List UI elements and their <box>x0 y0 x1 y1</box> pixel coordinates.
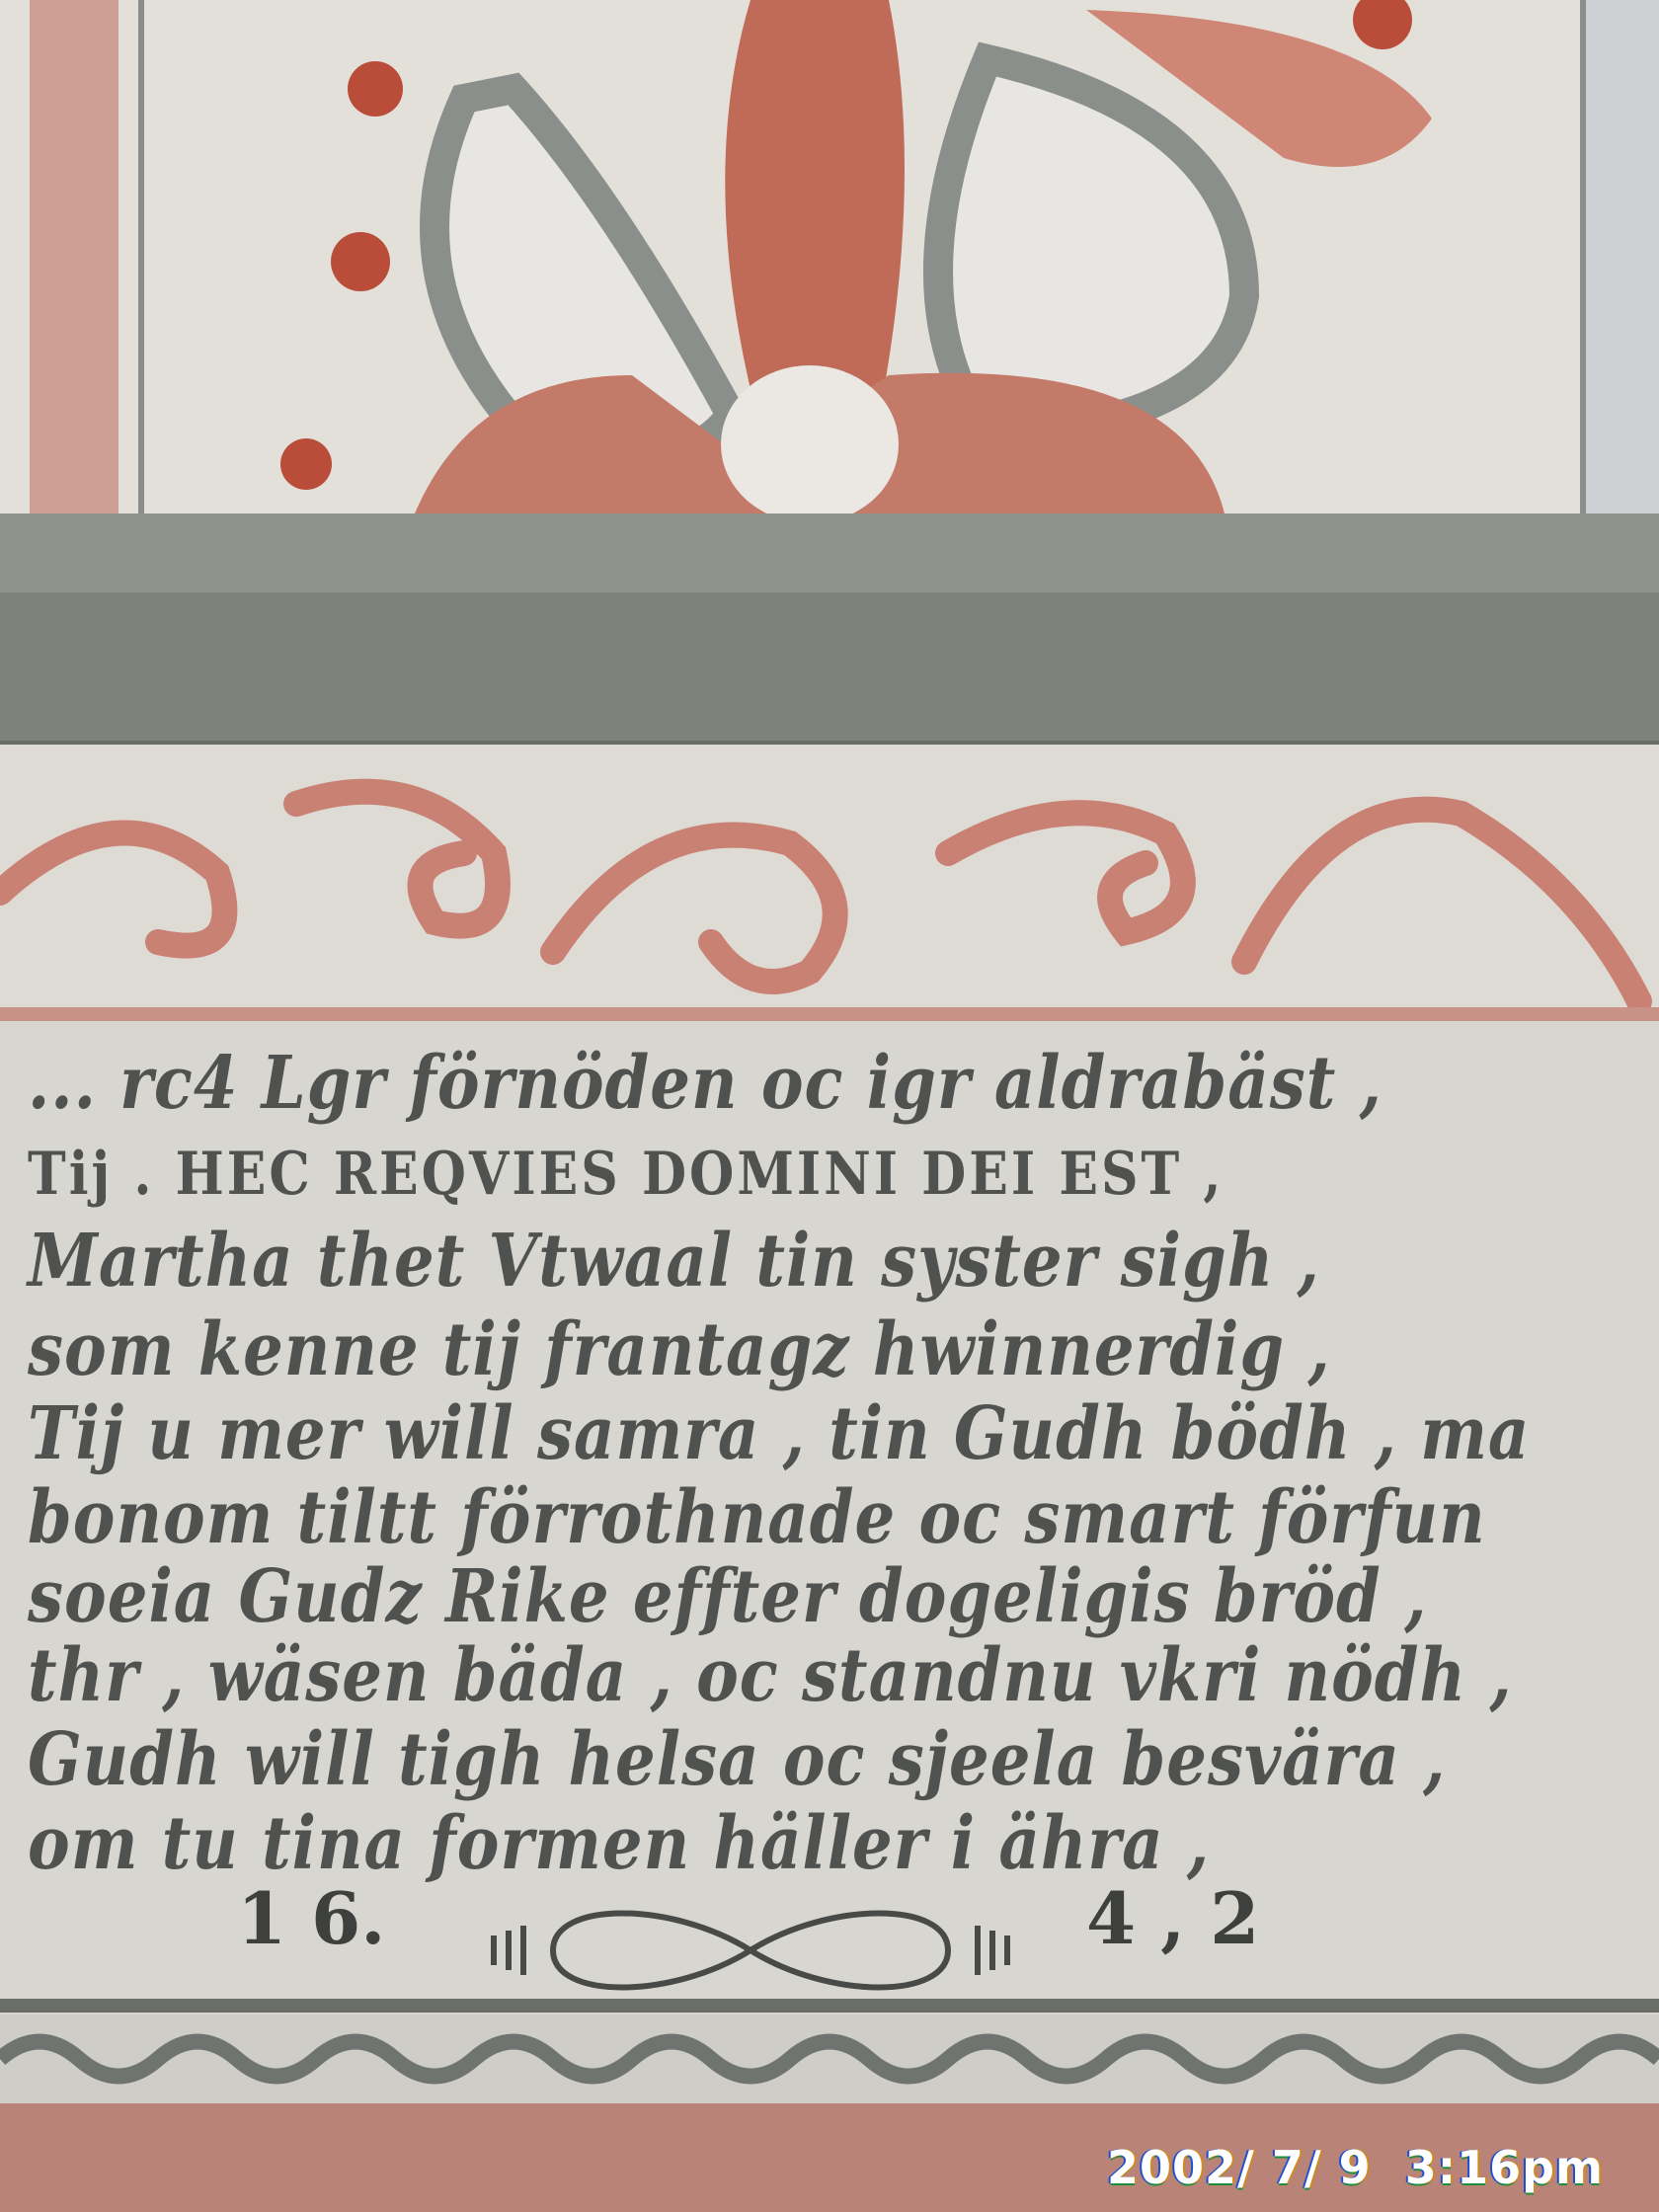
inscription-line-8: thr , wäsen bäda , oc standnu vkri nödh … <box>28 1633 1513 1718</box>
inscription-line-5: Tij u mer will samra , tin Gudh bödh , m… <box>28 1391 1530 1476</box>
dark-rule <box>0 1999 1659 2013</box>
scroll-frieze <box>0 745 1659 1021</box>
inscription-line-9: Gudh will tigh helsa oc sjeela besvära , <box>28 1717 1446 1802</box>
frieze-red-band <box>0 1007 1659 1021</box>
inscription-line-4: som kenne tij frantagz hwinnerdig , <box>28 1307 1331 1392</box>
inscription-line-1: ... rc4 Lgr förnöden oc igr aldrabäst , <box>28 1041 1382 1126</box>
flower-painting <box>0 0 1659 513</box>
date-timestamp: 2002/ 7/ 9 3:16pm <box>1107 2141 1604 2194</box>
stone-ledge-top <box>0 513 1659 592</box>
inscription-line-2: Tij . HEC REQVIES DOMINI DEI EST , <box>28 1140 1224 1209</box>
inscription-panel: ... rc4 Lgr förnöden oc igr aldrabäst , … <box>0 1021 1659 1999</box>
stone-ledge-face <box>0 592 1659 745</box>
inscription-line-10: om tu tina formen häller i ähra , <box>28 1801 1210 1886</box>
scroll-ornament <box>0 745 1659 1021</box>
floral-fresco <box>0 0 1659 513</box>
year-right: 4 , 2 <box>1086 1876 1259 1960</box>
wave-pattern <box>0 2014 1659 2103</box>
knot-ornament-icon <box>474 1896 1027 2005</box>
wave-border <box>0 2014 1659 2103</box>
year-left: 1 6. <box>237 1876 385 1960</box>
inscription-line-6: bonom tiltt förrothnade oc smart förfun <box>28 1475 1486 1560</box>
inscription-line-3: Martha thet Vtwaal tin syster sigh , <box>28 1219 1320 1303</box>
inscription-line-7: soeia Gudz Rike effter dogeligis bröd , <box>28 1554 1427 1639</box>
